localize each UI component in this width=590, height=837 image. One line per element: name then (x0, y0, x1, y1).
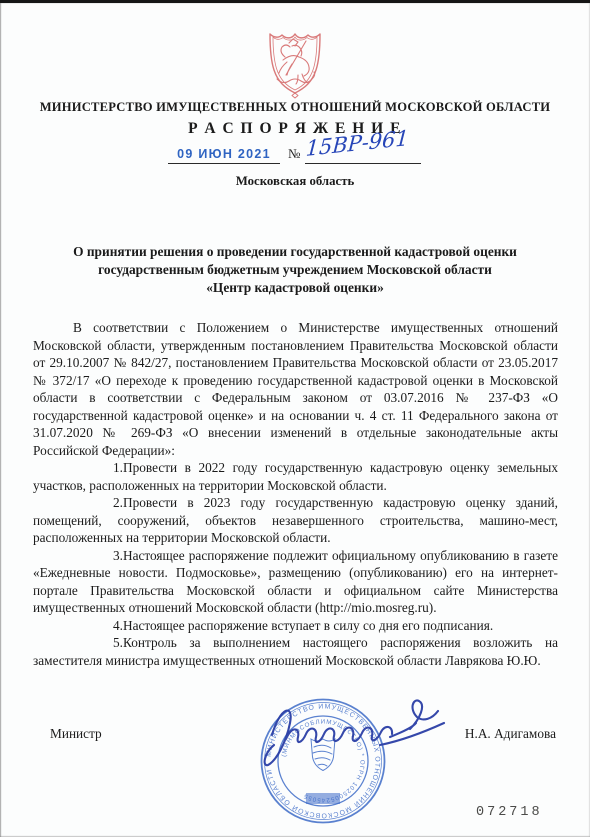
list-item: 5.Контроль за выполнением настоящего рас… (33, 634, 558, 669)
document-body: В соответствии с Положением о Министерст… (33, 319, 558, 669)
date-stamp: 09 ИЮН 2021 (168, 147, 280, 164)
scanned-document-page: МИНИСТЕРСТВО ИМУЩЕСТВЕННЫХ ОТНОШЕНИЙ МОС… (0, 0, 590, 837)
ministry-seal-icon: МИНИСТЕРСТВО ИМУЩЕСТВЕННЫХ ОТНОШЕНИЙ МОС… (230, 689, 460, 837)
list-item: 1.Провести в 2022 году государственную к… (33, 459, 558, 494)
item-number: 5. (73, 634, 123, 652)
document-type-heading: Р А С П О Р Я Ж Е Н И Е (0, 120, 590, 138)
number-sign: № (288, 146, 300, 164)
seal-code-box (306, 793, 340, 804)
list-item: 2.Провести в 2023 году государственную к… (33, 494, 558, 547)
signer-position: Министр (50, 726, 102, 742)
document-title: О принятии решения о проведении государс… (40, 243, 550, 297)
item-number: 4. (73, 617, 123, 635)
document-number-field: 15ВР-961 (305, 144, 421, 164)
item-text: Настоящее распоряжение вступает в силу с… (123, 618, 493, 633)
list-item: 3.Настоящее распоряжение подлежит официа… (33, 547, 558, 617)
list-item: 4.Настоящее распоряжение вступает в силу… (33, 617, 558, 635)
region-label: Московская область (0, 174, 590, 189)
item-number: 2. (73, 494, 123, 512)
intro-paragraph: В соответствии с Положением о Министерст… (33, 319, 558, 459)
date-number-line: 09 ИЮН 2021№15ВР-961 (168, 144, 421, 164)
form-serial-number: 072718 (476, 805, 543, 820)
coat-of-arms-icon (265, 27, 325, 99)
ministry-name: МИНИСТЕРСТВО ИМУЩЕСТВЕННЫХ ОТНОШЕНИЙ МОС… (0, 100, 590, 115)
item-number: 1. (73, 459, 123, 477)
item-number: 3. (73, 547, 123, 565)
signer-name: Н.А. Адигамова (465, 726, 556, 742)
